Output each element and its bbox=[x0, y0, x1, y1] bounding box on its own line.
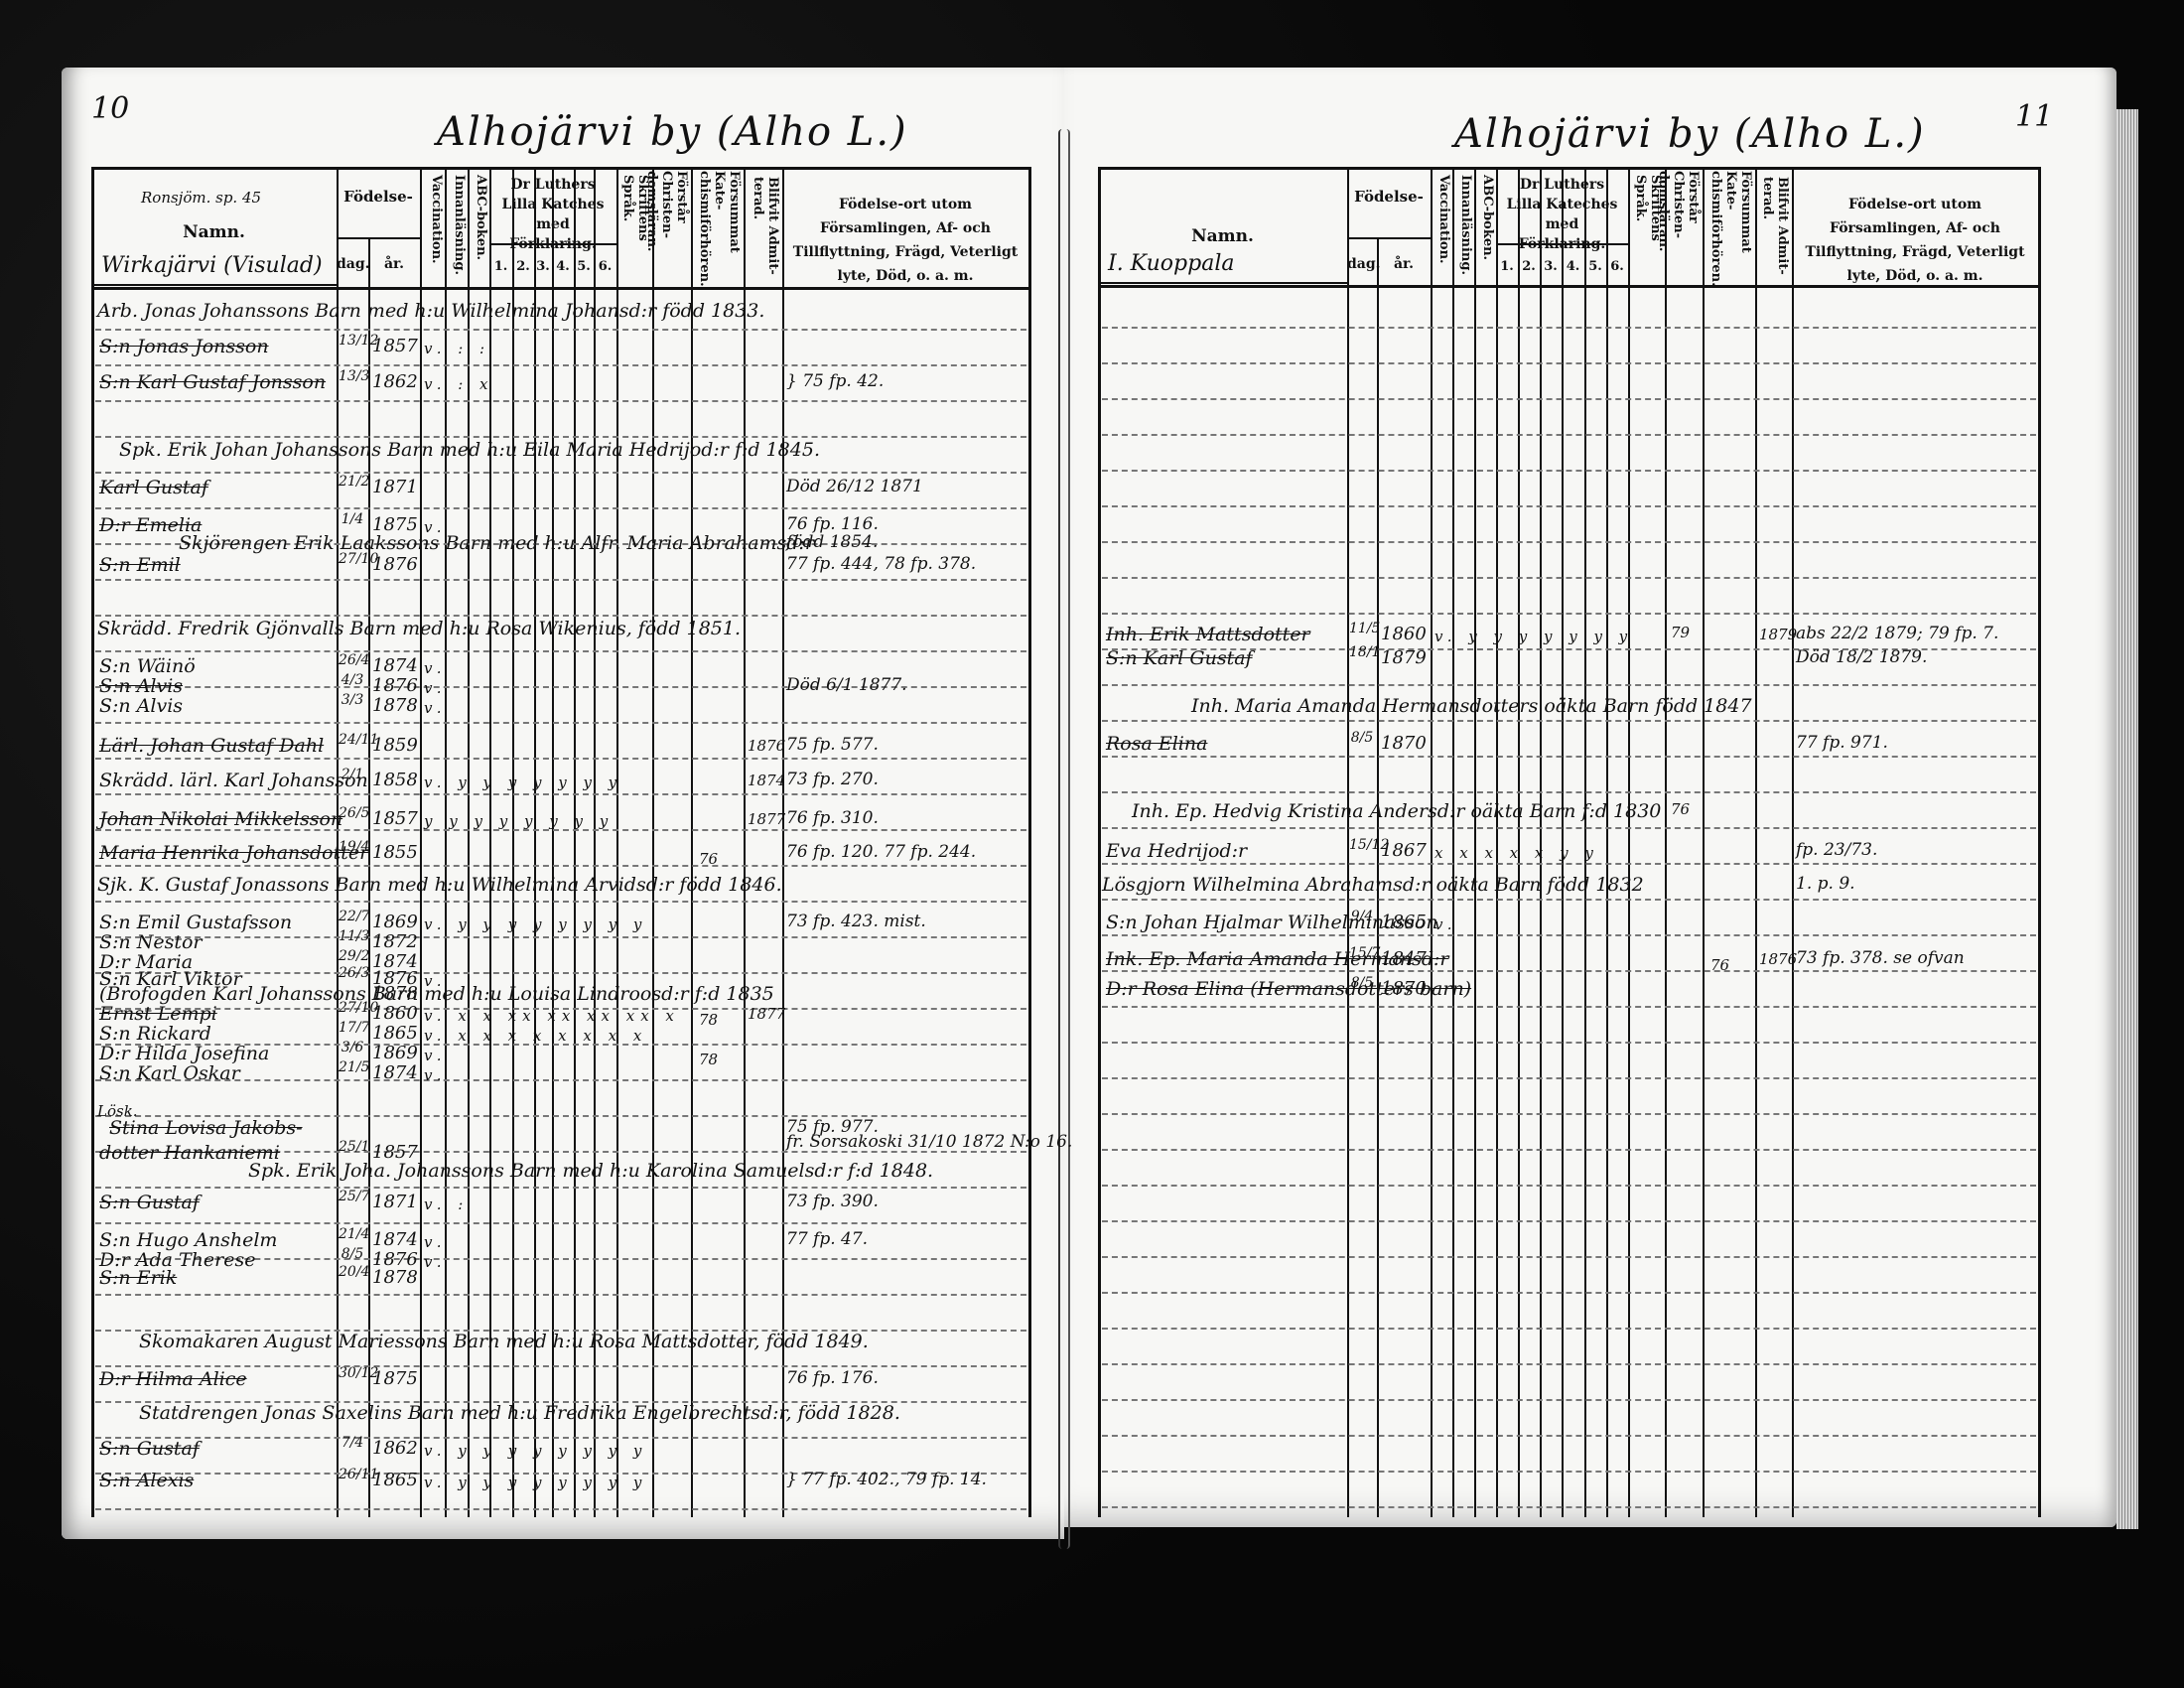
entry-birth-year: 1876 bbox=[372, 675, 418, 696]
entry-birth-day: 2/1 bbox=[339, 768, 366, 781]
entry-marks: v. x x x x x x x x bbox=[424, 1027, 647, 1045]
entry-birth-day: 13/12 bbox=[339, 334, 366, 348]
entry-birth-day: 1/4 bbox=[339, 512, 366, 526]
ruled-line bbox=[95, 472, 1026, 474]
ruled-line bbox=[95, 901, 1026, 903]
entry-birth-year: 1867 bbox=[1381, 840, 1427, 861]
header-kat-5: 5. bbox=[1584, 258, 1606, 275]
entry-note: Död 26/12 1871 bbox=[786, 477, 923, 496]
ruled-line bbox=[1102, 470, 2036, 472]
entry-note: Död 6/1 1877. bbox=[786, 675, 907, 695]
entry-birth-year: 1879 bbox=[1381, 647, 1427, 668]
entry-name: S:n Karl Gustaf Jonsson bbox=[99, 371, 326, 393]
ruled-line bbox=[95, 329, 1026, 331]
entry-birth-day: 27/10 bbox=[339, 552, 366, 566]
ruled-line bbox=[1102, 398, 2036, 400]
entry-birth-day: 22/7 bbox=[339, 910, 366, 923]
fodelse-subheader-rule bbox=[337, 237, 420, 239]
column-rule bbox=[1792, 167, 1794, 1517]
entry-note: 73 fp. 378. se ofvan bbox=[1796, 948, 1965, 968]
entry-note: 76 fp. 176. bbox=[786, 1368, 879, 1388]
entry-name: Eva Hedrijod:r bbox=[1106, 840, 1247, 862]
table-right-border bbox=[1028, 167, 1031, 1517]
column-rule bbox=[1474, 167, 1476, 1517]
entry-name: S:n Alvis bbox=[99, 675, 183, 697]
entry-name: Karl Gustaf bbox=[99, 477, 208, 498]
ruled-line bbox=[95, 400, 1026, 402]
column-rule bbox=[652, 167, 654, 1517]
header-luther-katechism: Dr Luthers Lilla Katches med Förklaring. bbox=[489, 175, 616, 254]
entry-marks: v. bbox=[424, 699, 447, 717]
ruled-line bbox=[1102, 791, 2036, 793]
header-innanlasning: Innanläsning. bbox=[1455, 175, 1473, 282]
header-kat-6: 6. bbox=[1606, 258, 1628, 275]
entry-birth-year: 1865 bbox=[372, 1470, 418, 1490]
entry-name: Spk. Erik Joha. Johanssons Barn med h:u … bbox=[248, 1160, 933, 1182]
ruled-line bbox=[1102, 541, 2036, 543]
header-fodelseort: Födelse-ort utom Församlingen, Af- och T… bbox=[790, 193, 1021, 288]
entry-birth-year: 1878 bbox=[372, 983, 418, 1004]
entry-marks: v. bbox=[424, 1253, 447, 1271]
entry-birth-year: 1859 bbox=[372, 735, 418, 756]
header-fodelseort: Födelse-ort utom Församlingen, Af- och T… bbox=[1800, 193, 2030, 288]
entry-name: S:n Karl Gustaf bbox=[1106, 647, 1253, 669]
ruled-line bbox=[95, 1365, 1026, 1367]
entry-birth-day: 7/4 bbox=[339, 1436, 366, 1450]
entry-birth-year: 1865 bbox=[372, 1023, 418, 1044]
header-forstar: Förstår Christen-domsläran. bbox=[656, 171, 689, 284]
entry-name: S:n Emil bbox=[99, 554, 181, 576]
entry-admitted: 1879 bbox=[1759, 626, 1797, 643]
entry-name: Inh. Erik Mattsdotter bbox=[1106, 624, 1310, 645]
entry-name: S:n Hugo Anshelm bbox=[99, 1229, 277, 1251]
entry-name: (Brofogden Karl Johanssons Barn med h:u … bbox=[99, 983, 774, 1005]
header-blifvit: Blifvit Admit-terad. bbox=[750, 177, 780, 286]
entry-birth-day: 15/7 bbox=[1349, 946, 1375, 960]
entry-note: 77 fp. 444, 78 fp. 378. bbox=[786, 554, 976, 574]
entry-birth-year: 1858 bbox=[372, 770, 418, 790]
entry-birth-year: 1860 bbox=[1381, 624, 1427, 644]
entry-note: Död 18/2 1879. bbox=[1796, 647, 1927, 667]
header-kat-2: 2. bbox=[1518, 258, 1540, 275]
entry-admitted: 1877 bbox=[748, 810, 785, 828]
entry-birth-day: 13/3 bbox=[339, 369, 366, 383]
entry-admitted: 1876 bbox=[748, 737, 785, 755]
entry-name: Johan Nikolai Mikkelsson bbox=[99, 808, 342, 830]
entry-marks: v. : : bbox=[424, 340, 490, 357]
column-rule bbox=[1496, 167, 1498, 1517]
entry-note: 73 fp. 270. bbox=[786, 770, 879, 789]
entry-name: Inh. Ep. Hedvig Kristina Andersd:r oäkta… bbox=[1132, 800, 1661, 822]
entry-note: abs 22/2 1879; 79 fp. 7. bbox=[1796, 624, 1998, 643]
ruled-line bbox=[1102, 1328, 2036, 1330]
ruled-line bbox=[1102, 934, 2036, 936]
entry-birth-year: 1865 bbox=[1381, 912, 1427, 932]
entry-birth-day: 29/2 bbox=[339, 949, 366, 963]
entry-name: Skomakaren August Mariessons Barn med h:… bbox=[139, 1331, 869, 1352]
column-rule bbox=[489, 167, 491, 1517]
ruled-line bbox=[1102, 899, 2036, 901]
header-forstar: Förstår Christen-domsläran. bbox=[1669, 171, 1701, 284]
entry-marks: v. x x xx xx xx xx x bbox=[424, 1007, 680, 1025]
header-kat-2: 2. bbox=[512, 258, 534, 275]
book-gutter bbox=[1058, 129, 1070, 1549]
column-rule bbox=[1755, 167, 1757, 1517]
entry-name: Lärl. Johan Gustaf Dahl bbox=[99, 735, 324, 757]
table-left-border bbox=[91, 167, 94, 1517]
entry-birth-day: 30/12 bbox=[339, 1366, 366, 1380]
header-kat-3: 3. bbox=[1540, 258, 1562, 275]
entry-marks: v. bbox=[424, 659, 447, 677]
column-rule bbox=[468, 167, 470, 1517]
entry-birth-day: 26/11 bbox=[339, 1468, 366, 1481]
entry-birth-day: 8/5 bbox=[1349, 731, 1375, 745]
entry-marks: v. bbox=[424, 1066, 447, 1084]
namn-underline bbox=[1098, 282, 1347, 284]
entry-birth-day: 4/3 bbox=[339, 673, 366, 687]
ruled-line bbox=[1102, 756, 2036, 758]
entry-birth-day: 11/5 bbox=[1349, 622, 1375, 635]
entry-note: 77 fp. 47. bbox=[786, 1229, 868, 1249]
table-top-rule bbox=[91, 167, 1030, 170]
entry-marks: v. bbox=[424, 1233, 447, 1251]
entry-name: Sjk. K. Gustaf Jonassons Barn med h:u Wi… bbox=[97, 874, 782, 896]
entry-birth-year: 1860 bbox=[372, 1003, 418, 1024]
ruled-line bbox=[1102, 1435, 2036, 1437]
ruled-line bbox=[1102, 1042, 2036, 1044]
ruled-line bbox=[95, 579, 1026, 581]
entry-name: Statdrengen Jonas Saxelins Barn med h:u … bbox=[139, 1402, 900, 1424]
entry-birth-day: 8/5 bbox=[339, 1247, 366, 1261]
entry-name: S:n Gustaf bbox=[99, 1438, 200, 1460]
entry-marks: v. bbox=[424, 679, 447, 697]
entry-birth-day: 19/4 bbox=[339, 840, 366, 854]
ruled-line bbox=[95, 507, 1026, 509]
entry-note: } 75 fp. 42. bbox=[786, 371, 884, 391]
entry-birth-day: 3/3 bbox=[339, 693, 366, 707]
ruled-line bbox=[1102, 362, 2036, 364]
ruled-line bbox=[1102, 1292, 2036, 1294]
entry-name: S:n Jonas Jonsson bbox=[99, 336, 269, 357]
entry-marks: v. y y y y y y y bbox=[424, 774, 622, 791]
entry-name: S:n Rickard bbox=[99, 1023, 211, 1045]
entry-marks: v. y y y y y y y y bbox=[424, 1474, 647, 1491]
entry-birth-year: 1872 bbox=[372, 931, 418, 952]
entry-name: S:n Nestor bbox=[99, 931, 202, 953]
entry-forstar: 76 bbox=[1671, 800, 1690, 818]
entry-birth-day: 26/3 bbox=[339, 966, 366, 980]
table-top-rule bbox=[1098, 167, 2040, 170]
entry-forsummat: 76 bbox=[1710, 956, 1729, 974]
header-kat-5: 5. bbox=[574, 258, 594, 275]
entry-birth-day: 9/4 bbox=[1349, 910, 1375, 923]
entry-name: S:n Wäinö bbox=[99, 655, 196, 677]
ruled-line bbox=[95, 865, 1026, 867]
header-dag: dag. bbox=[337, 256, 368, 273]
header-kat-1: 1. bbox=[1496, 258, 1518, 275]
entry-birth-day: 25/7 bbox=[339, 1190, 366, 1203]
header-vaccination: Vaccination. bbox=[423, 175, 444, 282]
ruled-line bbox=[1102, 1471, 2036, 1473]
column-rule bbox=[616, 167, 618, 1517]
entry-birth-year: 1876 bbox=[372, 554, 418, 575]
header-namn: Namn. bbox=[1098, 228, 1347, 245]
entry-marks: v. : x bbox=[424, 375, 494, 393]
entry-birth-day: 20/4 bbox=[339, 1265, 366, 1279]
ruled-line bbox=[95, 758, 1026, 760]
ruled-line bbox=[1102, 505, 2036, 507]
ruled-line bbox=[95, 1508, 1026, 1510]
entry-admitted: 1876 bbox=[1759, 950, 1797, 968]
header-fodelse: Födelse- bbox=[337, 189, 420, 206]
entry-birth-year: 1857 bbox=[372, 336, 418, 356]
entry-birth-year: 1862 bbox=[372, 371, 418, 392]
entry-marks: v. : bbox=[424, 1196, 469, 1213]
header-kat-4: 4. bbox=[552, 258, 574, 275]
ruled-line bbox=[95, 436, 1026, 438]
entry-birth-year: 1857 bbox=[372, 808, 418, 829]
ruled-line bbox=[1102, 1506, 2036, 1508]
entry-birth-day: 21/5 bbox=[339, 1060, 366, 1074]
ruled-line bbox=[95, 1437, 1026, 1439]
entry-name: Inh. Maria Amanda Hermansdotters oäkta B… bbox=[1191, 695, 1752, 717]
header-ar: år. bbox=[368, 256, 420, 273]
right-page-title: Alhojärvi by (Alho L.) bbox=[1454, 111, 1926, 157]
entry-birth-year: 1871 bbox=[372, 1192, 418, 1212]
entry-name: Spk. Erik Johan Johanssons Barn med h:u … bbox=[119, 439, 820, 461]
ruled-line bbox=[1102, 1077, 2036, 1079]
entry-name: Lösgjorn Wilhelmina Abrahamsd:r oäkta Ba… bbox=[1102, 874, 1644, 896]
entry-marks: v. bbox=[1434, 915, 1457, 933]
ruled-line bbox=[95, 793, 1026, 795]
entry-name: D:r Hilma Alice bbox=[99, 1368, 247, 1390]
entry-name: Stina Lovisa Jakobs- bbox=[109, 1117, 303, 1139]
entry-birth-day: 21/2 bbox=[339, 475, 366, 489]
entry-note: fp. 23/73. bbox=[1796, 840, 1877, 860]
left-page-title: Alhojärvi by (Alho L.) bbox=[437, 109, 908, 155]
ruled-line bbox=[1102, 863, 2036, 865]
right-page-number: 11 bbox=[2015, 99, 2053, 134]
entry-admitted: 1874 bbox=[748, 772, 785, 789]
entry-birth-day: 15/12 bbox=[1349, 838, 1375, 852]
entry-birth-day: 21/4 bbox=[339, 1227, 366, 1241]
entry-marks: v. y y y y y y y y bbox=[424, 1442, 647, 1460]
fodelse-subheader-rule bbox=[1347, 237, 1431, 239]
ruled-line bbox=[1102, 1185, 2036, 1187]
entry-birth-year: 1869 bbox=[372, 912, 418, 932]
page-edges bbox=[2116, 109, 2138, 1529]
ruled-line bbox=[1102, 577, 2036, 579]
entry-birth-day: 25/1 bbox=[339, 1140, 366, 1154]
entry-name: S:n Gustaf bbox=[99, 1192, 200, 1213]
entry-note: fr. Sorsakoski 31/10 1872 N:o 16. bbox=[786, 1132, 1072, 1152]
ruled-line bbox=[95, 364, 1026, 366]
header-fodelse: Födelse- bbox=[1347, 189, 1431, 206]
place-heading: I. Kuoppala bbox=[1108, 251, 1234, 276]
ruled-line bbox=[95, 615, 1026, 617]
entry-name: S:n Erik bbox=[99, 1267, 177, 1289]
entry-marks: y y y y y y y y bbox=[424, 812, 614, 830]
header-abc-boken: ABC-boken. bbox=[1477, 175, 1495, 282]
entry-birth-year: 1875 bbox=[372, 1368, 418, 1389]
header-kat-1: 1. bbox=[489, 258, 512, 275]
entry-birth-year: 1862 bbox=[372, 1438, 418, 1459]
column-rule bbox=[1628, 167, 1630, 1517]
entry-name: S:n Alvis bbox=[99, 695, 183, 717]
ruled-line bbox=[1102, 970, 2036, 972]
column-rule bbox=[1703, 167, 1705, 1517]
entry-name: Skrädd. Fredrik Gjönvalls Barn med h:u R… bbox=[97, 618, 741, 639]
entry-name: S:n Alexis bbox=[99, 1470, 194, 1491]
entry-admitted: 1877 bbox=[748, 1005, 785, 1023]
column-rule bbox=[1452, 167, 1454, 1517]
entry-birth-day: 11/3 bbox=[339, 929, 366, 943]
ruled-line bbox=[1102, 327, 2036, 329]
left-page-number: 10 bbox=[91, 91, 129, 126]
header-dag: dag. bbox=[1347, 256, 1377, 273]
entry-birth-day: 24/11 bbox=[339, 733, 366, 747]
ruled-line bbox=[95, 936, 1026, 938]
ruled-line bbox=[1102, 1399, 2036, 1401]
place-heading: Wirkajärvi (Visulad) bbox=[101, 253, 323, 278]
namn-underline bbox=[91, 284, 337, 286]
entry-note: 76 fp. 310. bbox=[786, 808, 879, 828]
entry-birth-year: 1874 bbox=[372, 1229, 418, 1250]
header-abc-boken: ABC-boken. bbox=[471, 175, 488, 282]
entry-name: Arb. Jonas Johanssons Barn med h:u Wilhe… bbox=[97, 300, 764, 322]
entry-name: Rosa Elina bbox=[1106, 733, 1207, 755]
header-forsummat: Försummat Kate-chismiförhören. bbox=[1708, 171, 1753, 284]
entry-note: 1. p. 9. bbox=[1796, 874, 1855, 894]
entry-note: 73 fp. 390. bbox=[786, 1192, 879, 1211]
ruled-line bbox=[95, 722, 1026, 724]
header-innanlasning: Innanläsning. bbox=[448, 175, 467, 282]
ruled-line bbox=[95, 1222, 1026, 1224]
ruled-line bbox=[1102, 1256, 2036, 1258]
entry-birth-year: 1847 bbox=[1381, 948, 1427, 969]
ruled-line bbox=[1102, 827, 2036, 829]
entry-birth-year: 1870 bbox=[1381, 978, 1427, 999]
section-heading: Ronsjöm. sp. 45 bbox=[141, 189, 261, 207]
entry-birth-year: 1869 bbox=[372, 1043, 418, 1063]
entry-birth-year: 1870 bbox=[1381, 733, 1427, 754]
column-rule bbox=[1665, 167, 1667, 1517]
entry-name: Ernst Lempi bbox=[99, 1003, 217, 1025]
ruled-line bbox=[1102, 1113, 2036, 1115]
entry-note: } 77 fp. 402., 79 fp. 14. bbox=[786, 1470, 987, 1489]
header-luther-katechism: Dr Luthers Lilla Kateches med Förklaring… bbox=[1496, 175, 1628, 254]
column-rule bbox=[420, 167, 422, 1517]
entry-birth-day: 3/6 bbox=[339, 1041, 366, 1055]
entry-birth-day: 26/5 bbox=[339, 806, 366, 820]
entry-birth-year: 1878 bbox=[372, 695, 418, 716]
ruled-line bbox=[1102, 434, 2036, 436]
document-scan: 10 Alhojärvi by (Alho L.) 11 Alhojärvi b… bbox=[0, 0, 2184, 1688]
ruled-line bbox=[1102, 1149, 2036, 1151]
entry-name: Skrädd. lärl. Karl Johansson bbox=[99, 770, 368, 791]
entry-name: Skjörengen Erik Laakssons Barn med h:u A… bbox=[179, 532, 814, 554]
column-rule bbox=[691, 167, 693, 1517]
header-ar: år. bbox=[1377, 256, 1431, 273]
ruled-line bbox=[1102, 1006, 2036, 1008]
entry-birth-day: 27/10 bbox=[339, 1001, 366, 1015]
entry-name: S:n Karl Oskar bbox=[99, 1062, 240, 1084]
column-rule bbox=[744, 167, 746, 1517]
entry-marks: v. bbox=[424, 1047, 447, 1064]
header-kat-3: 3. bbox=[534, 258, 552, 275]
entry-birth-year: 1874 bbox=[372, 655, 418, 676]
entry-marks: v. y y y y y y y y bbox=[424, 915, 647, 933]
entry-birth-day: 26/4 bbox=[339, 653, 366, 667]
ruled-line bbox=[1102, 613, 2036, 615]
column-rule bbox=[1431, 167, 1433, 1517]
entry-note: 76 fp. 120. 77 fp. 244. bbox=[786, 842, 976, 862]
entry-forsummat: 78 bbox=[699, 1011, 718, 1029]
ruled-line bbox=[95, 1294, 1026, 1296]
entry-note: 75 fp. 577. bbox=[786, 735, 879, 755]
entry-birth-day: 8/5 bbox=[1349, 976, 1375, 990]
entry-birth-year: 1871 bbox=[372, 477, 418, 497]
ruled-line bbox=[1102, 1220, 2036, 1222]
entry-name: S:n Emil Gustafsson bbox=[99, 912, 292, 933]
entry-note: 76 fp. 116. bbox=[786, 514, 879, 534]
entry-forsummat: 76 bbox=[699, 850, 718, 868]
ruled-line bbox=[1102, 1363, 2036, 1365]
ruled-line bbox=[95, 650, 1026, 652]
header-kat-6: 6. bbox=[594, 258, 616, 275]
entry-note: 73 fp. 423. mist. bbox=[786, 912, 926, 931]
ruled-line bbox=[1102, 684, 2036, 686]
entry-birth-year: 1855 bbox=[372, 842, 418, 863]
entry-birth-day: 17/7 bbox=[339, 1021, 366, 1035]
header-vaccination: Vaccination. bbox=[1433, 175, 1451, 282]
entry-birth-day: 18/1 bbox=[1349, 645, 1375, 659]
table-left-border bbox=[1098, 167, 1101, 1517]
header-blifvit: Blifvit Admit-terad. bbox=[1761, 177, 1790, 286]
header-forsummat: Försummat Kate-chismiförhören. bbox=[697, 171, 742, 284]
entry-name: D:r Hilda Josefina bbox=[99, 1043, 269, 1064]
entry-birth-year: 1878 bbox=[372, 1267, 418, 1288]
entry-marks: v. y y y y y y y bbox=[1434, 628, 1633, 645]
header-namn: Namn. bbox=[91, 224, 337, 241]
ruled-line bbox=[95, 1187, 1026, 1189]
ruled-line bbox=[1102, 720, 2036, 722]
entry-birth-year: 1874 bbox=[372, 1062, 418, 1083]
header-kat-4: 4. bbox=[1562, 258, 1584, 275]
entry-name: Maria Henrika Johansdotter bbox=[99, 842, 368, 864]
entry-forsummat: 78 bbox=[699, 1051, 718, 1068]
entry-forstar: 79 bbox=[1671, 624, 1690, 641]
entry-note: 77 fp. 971. bbox=[1796, 733, 1888, 753]
table-right-border bbox=[2038, 167, 2041, 1517]
column-rule bbox=[445, 167, 447, 1517]
entry-note: född 1854. bbox=[786, 532, 878, 552]
entry-marks: x x x x x y y bbox=[1434, 844, 1599, 862]
column-rule bbox=[782, 167, 784, 1517]
